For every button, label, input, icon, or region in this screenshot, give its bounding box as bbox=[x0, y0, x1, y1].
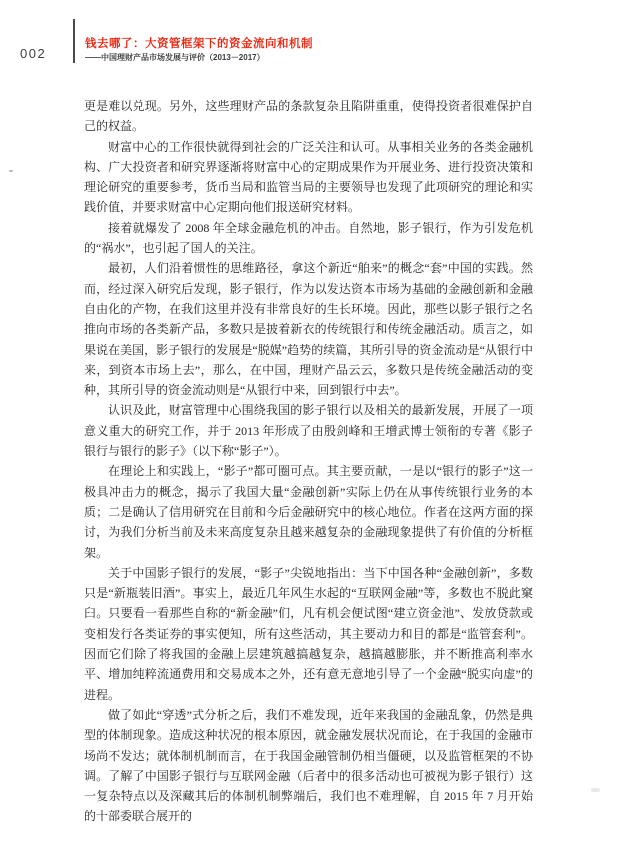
paragraph: 关于中国影子银行的发展，“影子”尖锐地指出：当下中国各种“金融创新”，多数只是“… bbox=[84, 563, 533, 705]
book-page: 002 钱去哪了：大资管框架下的资金流向和机制 ——中国理财产品市场发展与评价（… bbox=[0, 0, 617, 851]
paragraph: 认识及此，财富管理中心围绕我国的影子银行以及相关的最新发展，开展了一项意义重大的… bbox=[84, 400, 533, 461]
paragraph: 财富中心的工作很快就得到社会的广泛关注和认可。从事相关业务的各类金融机构、广大投… bbox=[84, 137, 533, 218]
paragraph: 接着就爆发了 2008 年全球金融危机的冲击。自然地，影子银行，作为引发危机的“… bbox=[84, 218, 533, 259]
page-number: 002 bbox=[20, 46, 46, 61]
paragraph: 最初，人们沿着惯性的思维路径，拿这个新近“舶来”的概念“套”中国的实践。然而，经… bbox=[84, 258, 533, 400]
body-text: 更是难以兑现。另外，这些理财产品的条款复杂且陷阱重重，使得投资者很难保护自己的权… bbox=[84, 96, 533, 827]
paragraph: 更是难以兑现。另外，这些理财产品的条款复杂且陷阱重重，使得投资者很难保护自己的权… bbox=[84, 96, 533, 137]
chapter-title: 钱去哪了：大资管框架下的资金流向和机制 bbox=[85, 35, 545, 51]
paragraph: 在理论上和实践上，“影子”都可圈可点。其主要贡献，一是以“银行的影子”这一极具冲… bbox=[84, 461, 533, 562]
scan-speck-bottom-right bbox=[591, 788, 600, 792]
paragraph: 做了如此“穿透”式分析之后，我们不难发现，近年来我国的金融乱象，仍然是典型的体制… bbox=[84, 705, 533, 827]
header-vertical-rule bbox=[73, 19, 75, 63]
scan-speck-left bbox=[9, 170, 13, 172]
chapter-subtitle: ——中国理财产品市场发展与评价（2013－2017） bbox=[85, 52, 265, 63]
